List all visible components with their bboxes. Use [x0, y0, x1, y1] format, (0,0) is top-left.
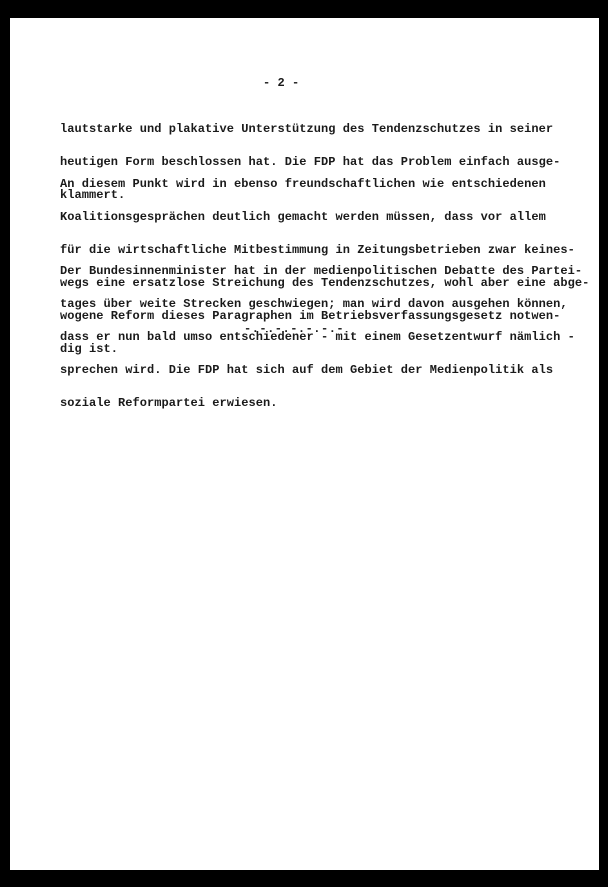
document-page: - 2 - lautstarke und plakative Unterstüt… — [10, 18, 599, 870]
paragraph-3: Der Bundesinnenminister hat in der medie… — [60, 244, 582, 431]
text-line: Der Bundesinnenminister hat in der medie… — [60, 266, 582, 277]
text-line: Koalitionsgesprächen deutlich gemacht we… — [60, 212, 589, 223]
text-line: sprechen wird. Die FDP hat sich auf dem … — [60, 365, 582, 376]
page-number: - 2 - — [263, 76, 299, 90]
text-line: lautstarke und plakative Unterstützung d… — [60, 124, 560, 135]
end-mark: -.-.-.-.-.-.- — [244, 322, 344, 336]
text-line: tages über weite Strecken geschwiegen; m… — [60, 299, 582, 310]
text-line: soziale Reformpartei erwiesen. — [60, 398, 582, 409]
text-line: An diesem Punkt wird in ebenso freundsch… — [60, 179, 589, 190]
